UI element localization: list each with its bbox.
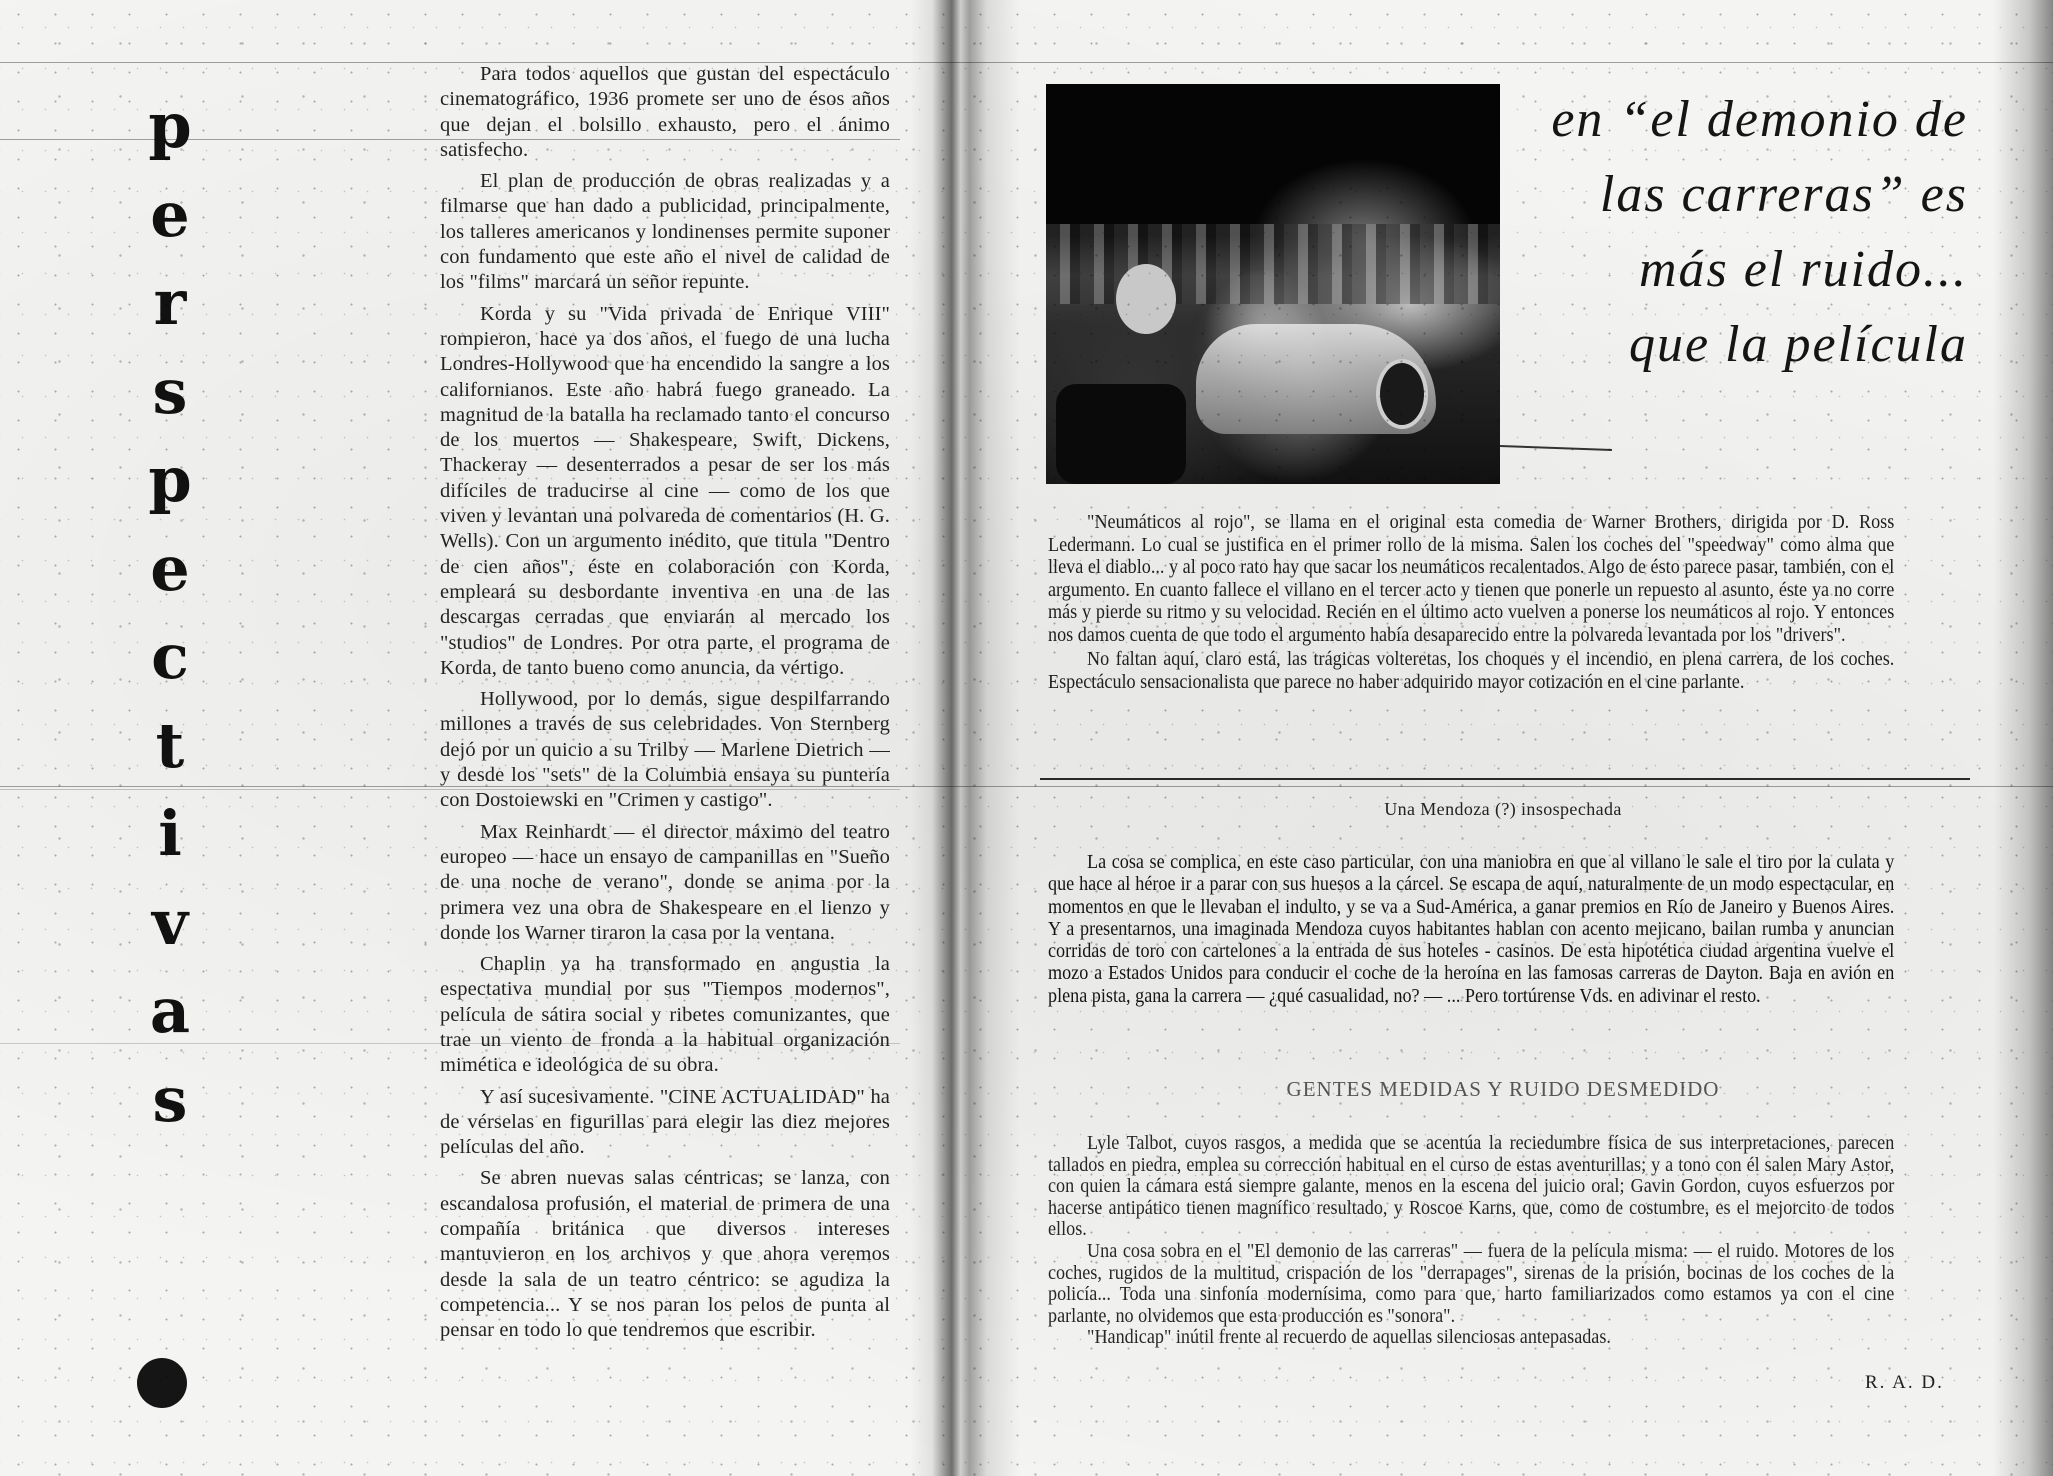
title-letter: e xyxy=(150,171,189,260)
section-divider xyxy=(1040,778,1970,780)
paragraph: No faltan aquí, claro está, las trágicas… xyxy=(1048,649,1894,694)
title-letter: i xyxy=(158,790,182,879)
headline-line: en “el demonio de xyxy=(1528,82,1968,157)
headline-line: que la película xyxy=(1528,307,1968,382)
paragraph: El plan de producción de obras realizada… xyxy=(440,169,890,295)
subheading-mendoza: Una Mendoza (?) insospechada xyxy=(1048,799,1958,820)
photo-wheel xyxy=(1056,384,1186,484)
title-letter: p xyxy=(148,82,191,171)
title-letter: e xyxy=(150,525,189,614)
paragraph: Lyle Talbot, cuyos rasgos, a medida que … xyxy=(1048,1133,1894,1241)
page-gutter-fold xyxy=(910,0,1020,1476)
paragraph: Para todos aquellos que gustan del espec… xyxy=(440,62,890,163)
paragraph: Max Reinhardt — el director máximo del t… xyxy=(440,820,890,946)
title-letter: t xyxy=(156,702,185,791)
paragraph: Chaplin ya ha transformado en angustia l… xyxy=(440,952,890,1078)
author-signature: R. A. D. xyxy=(1865,1372,1944,1394)
article-mendoza-section: La cosa se complica, en este caso partic… xyxy=(1048,852,1894,1008)
article-intro: "Neumáticos al rojo", se llama en el ori… xyxy=(1048,512,1894,694)
paragraph: "Handicap" inútil frente al recuerdo de … xyxy=(1048,1327,1894,1349)
headline-underline xyxy=(1500,445,1612,451)
magazine-spread: p e r s p e c t i v a s Para todos aquel… xyxy=(0,0,2053,1476)
paragraph: "Neumáticos al rojo", se llama en el ori… xyxy=(1048,512,1894,647)
photo-driver xyxy=(1116,264,1176,334)
headline-line: las carreras” es xyxy=(1528,157,1968,232)
bullet-dot-icon xyxy=(137,1358,187,1408)
photo-car-number xyxy=(1376,359,1428,429)
scan-fold-line xyxy=(0,786,2053,787)
headline-line: más el ruido... xyxy=(1528,232,1968,307)
editorial-column: Para todos aquellos que gustan del espec… xyxy=(440,62,890,1350)
article-closing-section: Lyle Talbot, cuyos rasgos, a medida que … xyxy=(1048,1133,1894,1349)
race-car-photo xyxy=(1046,84,1500,484)
scan-fold-line xyxy=(0,62,2053,63)
photo-crowd xyxy=(1046,224,1500,304)
paragraph: La cosa se complica, en este caso partic… xyxy=(1048,852,1894,1008)
paragraph: Hollywood, por lo demás, sigue despilfar… xyxy=(440,687,890,813)
paragraph: Una cosa sobra en el "El demonio de las … xyxy=(1048,1241,1894,1327)
title-letter: r xyxy=(154,259,187,348)
subheading-gentes-medidas: GENTES MEDIDAS Y RUIDO DESMEDIDO xyxy=(1048,1077,1958,1102)
title-letter: v xyxy=(152,879,188,968)
title-letter: p xyxy=(148,436,191,525)
title-letter: s xyxy=(153,348,188,437)
title-letter: c xyxy=(151,613,189,702)
article-headline: en “el demonio de las carreras” es más e… xyxy=(1528,82,1968,382)
paragraph: Korda y su "Vida privada de Enrique VIII… xyxy=(440,302,890,681)
title-letter: s xyxy=(153,1056,188,1145)
page-edge-shadow xyxy=(1993,0,2053,1476)
paragraph: Se abren nuevas salas céntricas; se lanz… xyxy=(440,1166,890,1343)
vertical-section-title: p e r s p e c t i v a s xyxy=(135,82,205,1144)
paragraph: Y así sucesivamente. "CINE ACTUALIDAD" h… xyxy=(440,1085,890,1161)
title-letter: a xyxy=(150,967,190,1056)
